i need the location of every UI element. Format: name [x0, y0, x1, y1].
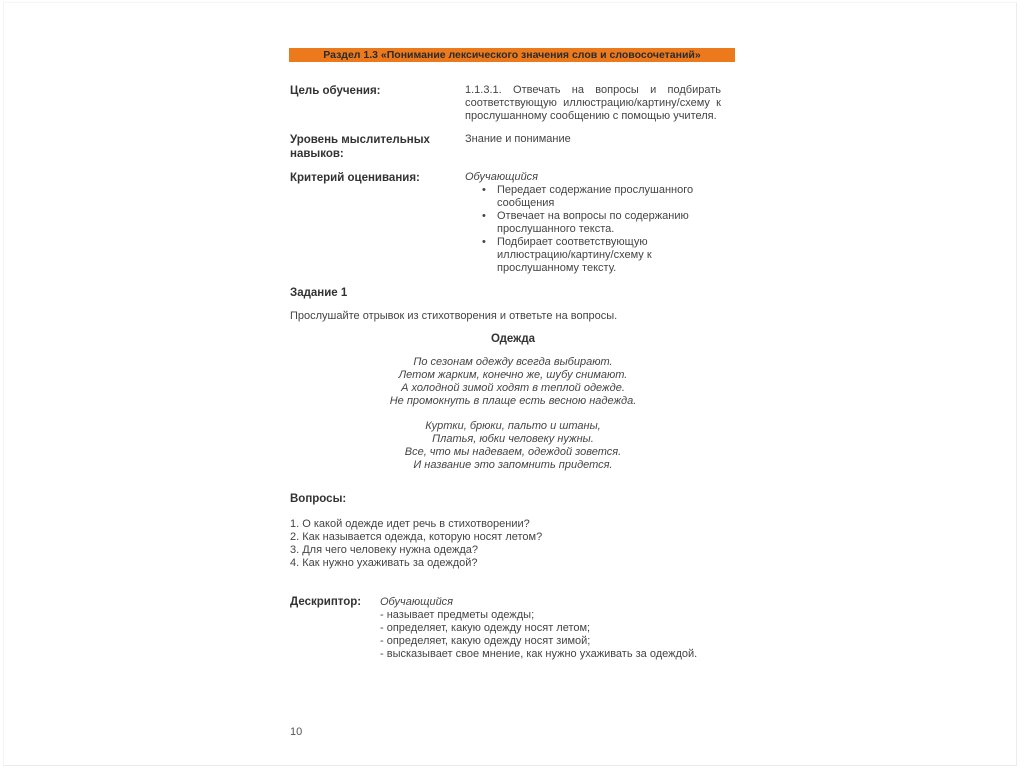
thinking-level-label: Уровень мыслительных навыков:: [290, 133, 430, 161]
poem-stanza-2: Куртки, брюки, пальто и штаны, Платья, ю…: [290, 420, 736, 472]
descriptor-item: - называет предметы одежды;: [380, 609, 697, 622]
poem-line: И название это запомнить придется.: [290, 459, 736, 472]
questions-title: Вопросы:: [290, 493, 346, 505]
poem-line: По сезонам одежду всегда выбирают.: [290, 356, 736, 369]
thinking-level-label-line1: Уровень мыслительных: [290, 133, 430, 147]
poem-line: Куртки, брюки, пальто и штаны,: [290, 420, 736, 433]
criteria-intro: Обучающийся: [465, 171, 538, 184]
criteria-item: Подбирает соответствующую иллюстрацию/ка…: [465, 236, 697, 275]
poem-line: Платья, юбки человеку нужны.: [290, 433, 736, 446]
criteria-item: Передает содержание прослушанного сообще…: [465, 184, 697, 210]
question-item: 1. О какой одежде идет речь в стихотворе…: [290, 518, 542, 531]
section-banner: Раздел 1.3 «Понимание лексического значе…: [289, 48, 735, 62]
descriptor-body: Обучающийся - называет предметы одежды; …: [380, 596, 697, 661]
descriptor-label: Дескриптор:: [290, 596, 361, 608]
descriptor-intro: Обучающийся: [380, 596, 697, 609]
question-item: 2. Как называется одежда, которую носят …: [290, 531, 542, 544]
thinking-level-label-line2: навыков:: [290, 147, 430, 161]
poem-line: Летом жарким, конечно же, шубу снимают.: [290, 369, 736, 382]
page-number: 10: [290, 726, 302, 738]
descriptor-item: - определяет, какую одежду носят зимой;: [380, 635, 697, 648]
descriptor-item: - определяет, какую одежду носят летом;: [380, 622, 697, 635]
criteria-list: Передает содержание прослушанного сообще…: [465, 184, 697, 275]
goal-label: Цель обучения:: [290, 84, 381, 98]
criteria-label: Критерий оценивания:: [290, 171, 420, 185]
descriptor-item: - высказывает свое мнение, как нужно уха…: [380, 648, 697, 661]
questions-list: 1. О какой одежде идет речь в стихотворе…: [290, 518, 542, 570]
task-title: Задание 1: [290, 287, 347, 299]
poem-stanza-1: По сезонам одежду всегда выбирают. Летом…: [290, 356, 736, 408]
task-instruction: Прослушайте отрывок из стихотворения и о…: [290, 310, 617, 322]
poem-title: Одежда: [290, 333, 736, 345]
criteria-item: Отвечает на вопросы по содержанию прослу…: [465, 210, 697, 236]
question-item: 4. Как нужно ухаживать за одеждой?: [290, 557, 542, 570]
thinking-level-text: Знание и понимание: [465, 133, 571, 146]
poem-line: Не промокнуть в плаще есть весною надежд…: [290, 395, 736, 408]
question-item: 3. Для чего человеку нужна одежда?: [290, 544, 542, 557]
poem-line: Все, что мы надеваем, одеждой зовется.: [290, 446, 736, 459]
goal-text: 1.1.3.1. Отвечать на вопросы и подбирать…: [465, 84, 721, 123]
poem-line: А холодной зимой ходят в теплой одежде.: [290, 382, 736, 395]
